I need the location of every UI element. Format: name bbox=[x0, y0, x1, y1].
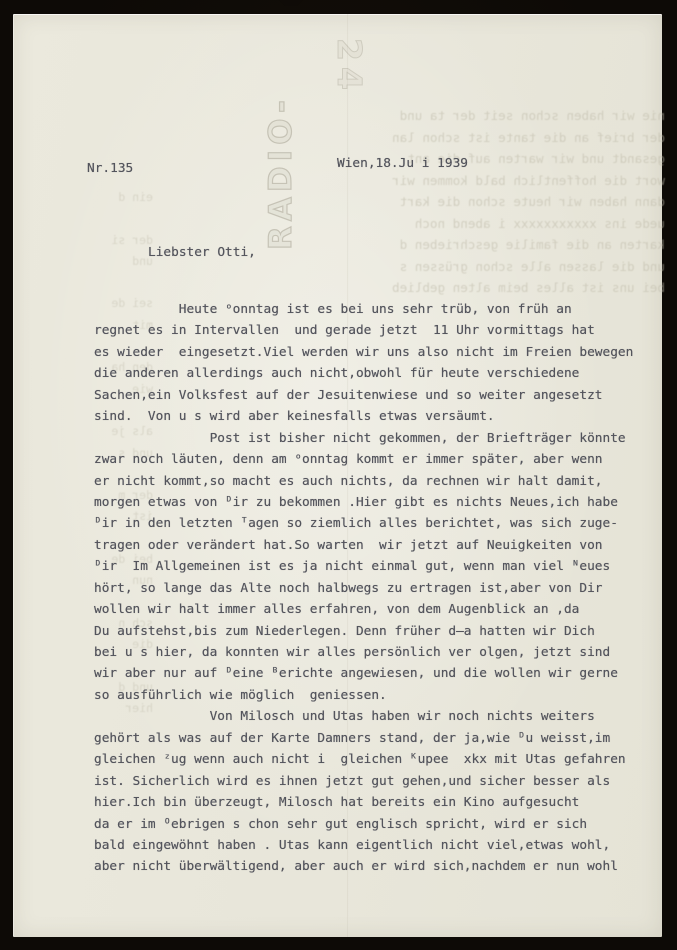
letter-line: ᴰir Im Allgemeinen ist es ja nicht einma… bbox=[94, 559, 654, 580]
bleed-line: karten an die familie geschrieben d bbox=[305, 237, 665, 259]
bleed-line: uede ins xxxxxxxxxxx i abend noch bbox=[305, 216, 665, 238]
bleed-line: ein d bbox=[53, 190, 153, 211]
bleed-line: und bbox=[53, 254, 153, 275]
dateline: Wien,18.Ju i 1939 bbox=[337, 156, 468, 171]
bleed-line: wort die hoffentlich bald kommen wir bbox=[305, 173, 665, 195]
letter-line: gehört als was auf der Karte Damners sta… bbox=[94, 731, 654, 752]
letter-line: da er im ᴼebrigen s chon sehr gut englis… bbox=[94, 817, 654, 838]
watermark-radio-text: RADIO- bbox=[263, 30, 303, 250]
bleed-line: der brief an die tante ist schon lan bbox=[305, 130, 665, 152]
letter-line: zwar noch läuten, denn am ᵒonntag kommt … bbox=[94, 452, 654, 473]
letter-line: Von Milosch und Utas haben wir noch nich… bbox=[94, 709, 654, 730]
bleed-line bbox=[53, 275, 153, 296]
scan-edge-notch bbox=[277, 0, 305, 6]
letter-line: regnet es in Intervallen und gerade jetz… bbox=[94, 323, 654, 344]
letter-line: bei u s hier, da konnten wir alles persö… bbox=[94, 645, 654, 666]
letter-line: wollen wir halt immer alles erfahren, vo… bbox=[94, 602, 654, 623]
letter-line: es wieder eingesetzt.Viel werden wir uns… bbox=[94, 345, 654, 366]
letter-line: Du aufstehst,bis zum Niederlegen. Denn f… bbox=[94, 624, 654, 645]
bleed-line: dann haben wir heute schon die kart bbox=[305, 194, 665, 216]
letter-body: Heute ᵒonntag ist es bei uns sehr trüb, … bbox=[94, 302, 654, 881]
letter-line: gleichen ᶻug wenn auch nicht i gleichen … bbox=[94, 752, 654, 773]
bleed-line: und die lassen alle schon grüssen s bbox=[305, 259, 665, 281]
bleed-through-text: nie wir haben schon seit der ta undder b… bbox=[305, 108, 665, 302]
letter-line: sind. Von u s wird aber keinesfalls etwa… bbox=[94, 409, 654, 430]
letter-line: ᴰir in den letzten ᵀagen so ziemlich all… bbox=[94, 516, 654, 537]
letter-page: RADIO- 24 nie wir haben schon seit der t… bbox=[13, 14, 662, 937]
letter-line: so ausführlich wie möglich geniessen. bbox=[94, 688, 654, 709]
letter-number: Nr.135 bbox=[87, 161, 133, 176]
letter-line: Post ist bisher nicht gekommen, der Brie… bbox=[94, 431, 654, 452]
letter-line: wir aber nur auf ᴰeine ᴮerichte angewies… bbox=[94, 666, 654, 687]
letter-line: ist. Sicherlich wird es ihnen jetzt gut … bbox=[94, 774, 654, 795]
letter-line: tragen oder verändert hat.So warten wir … bbox=[94, 538, 654, 559]
bleed-line: der si bbox=[53, 233, 153, 254]
letter-line: bald eingewöhnt haben . Utas kann eigent… bbox=[94, 838, 654, 859]
letter-line: Sachen,ein Volksfest auf der Jesuitenwie… bbox=[94, 388, 654, 409]
bleed-line: nie wir haben schon seit der ta und bbox=[305, 108, 665, 130]
scanned-letter: RADIO- 24 nie wir haben schon seit der t… bbox=[0, 0, 677, 950]
letter-line: die anderen allerdings auch nicht,obwohl… bbox=[94, 366, 654, 387]
bleed-line bbox=[53, 211, 153, 232]
letter-line: hört, so lange das Alte noch halbwegs zu… bbox=[94, 581, 654, 602]
letter-line: aber nicht überwältigend, aber auch er w… bbox=[94, 859, 654, 880]
letter-line: er nicht kommt,so macht es auch nichts, … bbox=[94, 474, 654, 495]
letter-line: morgen etwas von ᴰir zu bekommen .Hier g… bbox=[94, 495, 654, 516]
bleed-line: bei uns ist alles beim alten geblieb bbox=[305, 280, 665, 302]
salutation: Liebster Otti, bbox=[148, 245, 256, 260]
letter-line: hier.Ich bin überzeugt, Milosch hat bere… bbox=[94, 795, 654, 816]
letter-line: Heute ᵒonntag ist es bei uns sehr trüb, … bbox=[94, 302, 654, 323]
